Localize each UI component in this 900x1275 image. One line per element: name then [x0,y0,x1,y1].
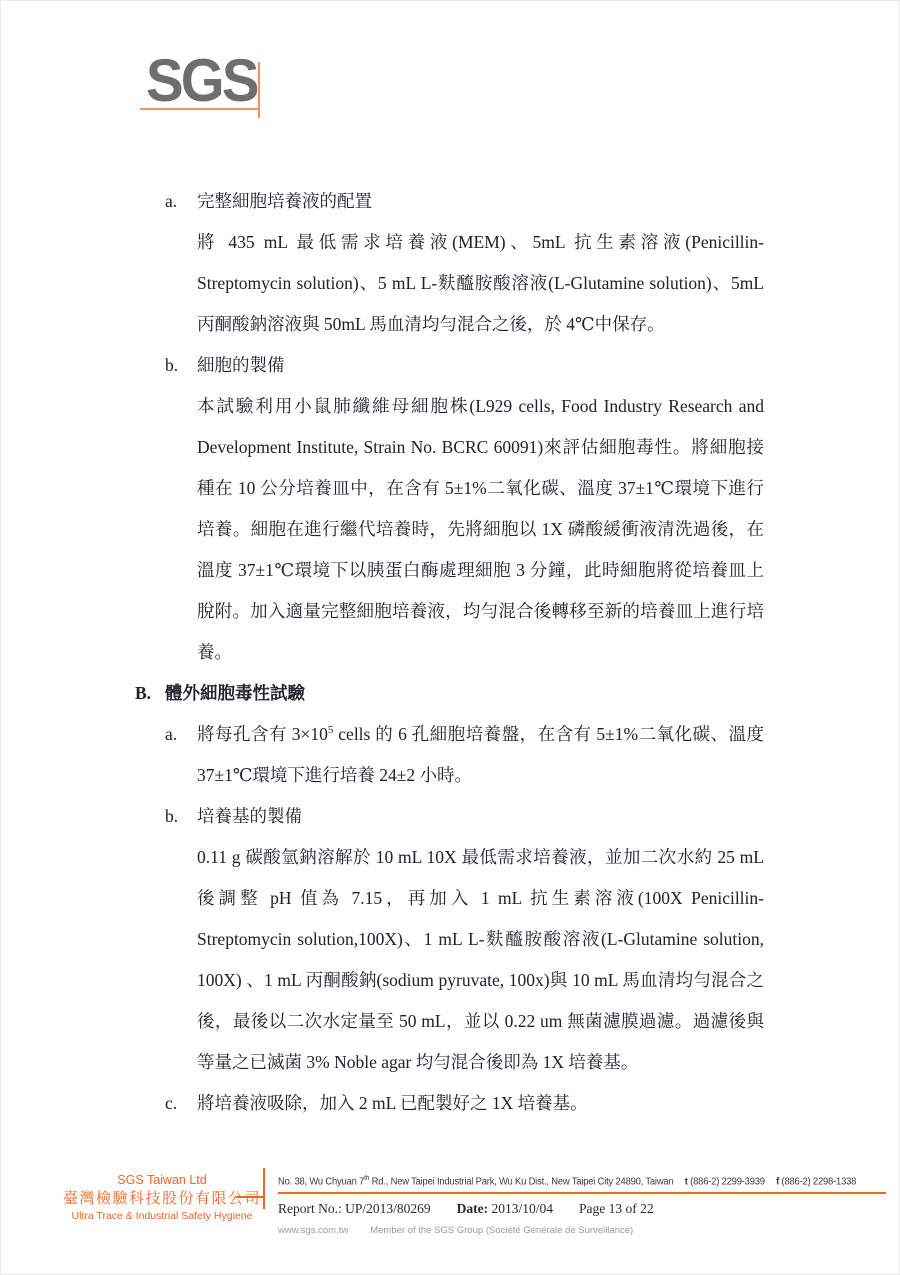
item-title: 細胞的製備 [197,345,764,386]
footer-tel-label: t [685,1176,688,1187]
list-item-b-b: b. 培養基的製備 0.11 g 碳酸氫鈉溶解於 10 mL 10X 最低需求培… [135,796,764,1083]
item-paragraph: 將 435 mL 最低需求培養液(MEM)、5mL 抗生素溶液(Penicill… [197,222,764,345]
footer-fax-label: f [776,1176,779,1187]
footer-division: Ultra Trace & Industrial Safety Hygiene [60,1209,264,1224]
report-page: SGS a. 完整細胞培養液的配置 將 435 mL 最低需求培養液(MEM)、… [0,0,900,1275]
item-paragraph: 將培養液吸除，加入 2 mL 已配製好之 1X 培養基。 [197,1083,764,1124]
item-label: c. [165,1083,197,1124]
footer-report-line: Report No.: UP/2013/80269Date: 2013/10/0… [278,1201,894,1217]
footer-member-text: Member of the SGS Group (Société Général… [370,1225,633,1236]
item-title: 培養基的製備 [197,796,764,837]
footer-orange-rule [278,1192,886,1194]
footer-company-block: SGS Taiwan Ltd 臺灣檢驗科技股份有限公司 Ultra Trace … [60,1172,264,1224]
section-title: 體外細胞毒性試驗 [165,673,305,714]
footer-tel-value: (886-2) 2299-3939 [690,1176,765,1187]
sgs-logo: SGS [140,56,280,122]
report-date-label: Date: [457,1201,488,1216]
list-item-b-c: c. 將培養液吸除，加入 2 mL 已配製好之 1X 培養基。 [135,1083,764,1124]
logo-vertical-line [258,62,260,118]
page-number: Page 13 of 22 [579,1201,654,1216]
item-title: 完整細胞培養液的配置 [197,181,764,222]
section-label: B. [135,673,165,714]
footer-company-en: SGS Taiwan Ltd [60,1172,264,1188]
item-label: b. [165,796,197,1083]
list-item-b: b. 細胞的製備 本試驗利用小鼠肺纖維母細胞株(L929 cells, Food… [135,345,764,673]
footer-fax-value: (886-2) 2298-1338 [782,1176,857,1187]
sgs-logo-text: SGS [146,51,257,111]
item-label: a. [165,714,197,796]
report-date-value: 2013/10/04 [492,1201,554,1216]
list-item-b-a: a. 將每孔含有 3×105 cells 的 6 孔細胞培養盤，在含有 5±1%… [135,714,764,796]
footer-divider-vertical [263,1168,265,1209]
footer-company-zh: 臺灣檢驗科技股份有限公司 [60,1188,264,1209]
footer-divider-tick [236,1196,265,1198]
section-b-heading: B. 體外細胞毒性試驗 [135,673,764,714]
item-paragraph: 本試驗利用小鼠肺纖維母細胞株(L929 cells, Food Industry… [197,386,764,673]
logo-horizontal-line [140,108,259,110]
list-item-a: a. 完整細胞培養液的配置 將 435 mL 最低需求培養液(MEM)、5mL … [135,181,764,345]
document-body: a. 完整細胞培養液的配置 將 435 mL 最低需求培養液(MEM)、5mL … [135,181,764,1124]
item-paragraph: 0.11 g 碳酸氫鈉溶解於 10 mL 10X 最低需求培養液，並加二次水約 … [197,837,764,1083]
footer-website: www.sgs.com.tw [278,1225,348,1236]
item-label: b. [165,345,197,673]
footer-address-line: No. 38, Wu Chyuan 7th Rd., New Taipei In… [278,1172,857,1188]
footer-info-block: No. 38, Wu Chyuan 7th Rd., New Taipei In… [278,1172,894,1237]
item-paragraph: 將每孔含有 3×105 cells 的 6 孔細胞培養盤，在含有 5±1%二氧化… [197,714,764,796]
report-number: Report No.: UP/2013/80269 [278,1201,431,1216]
footer-site-line: www.sgs.com.twMember of the SGS Group (S… [278,1225,894,1237]
item-label: a. [165,181,197,345]
